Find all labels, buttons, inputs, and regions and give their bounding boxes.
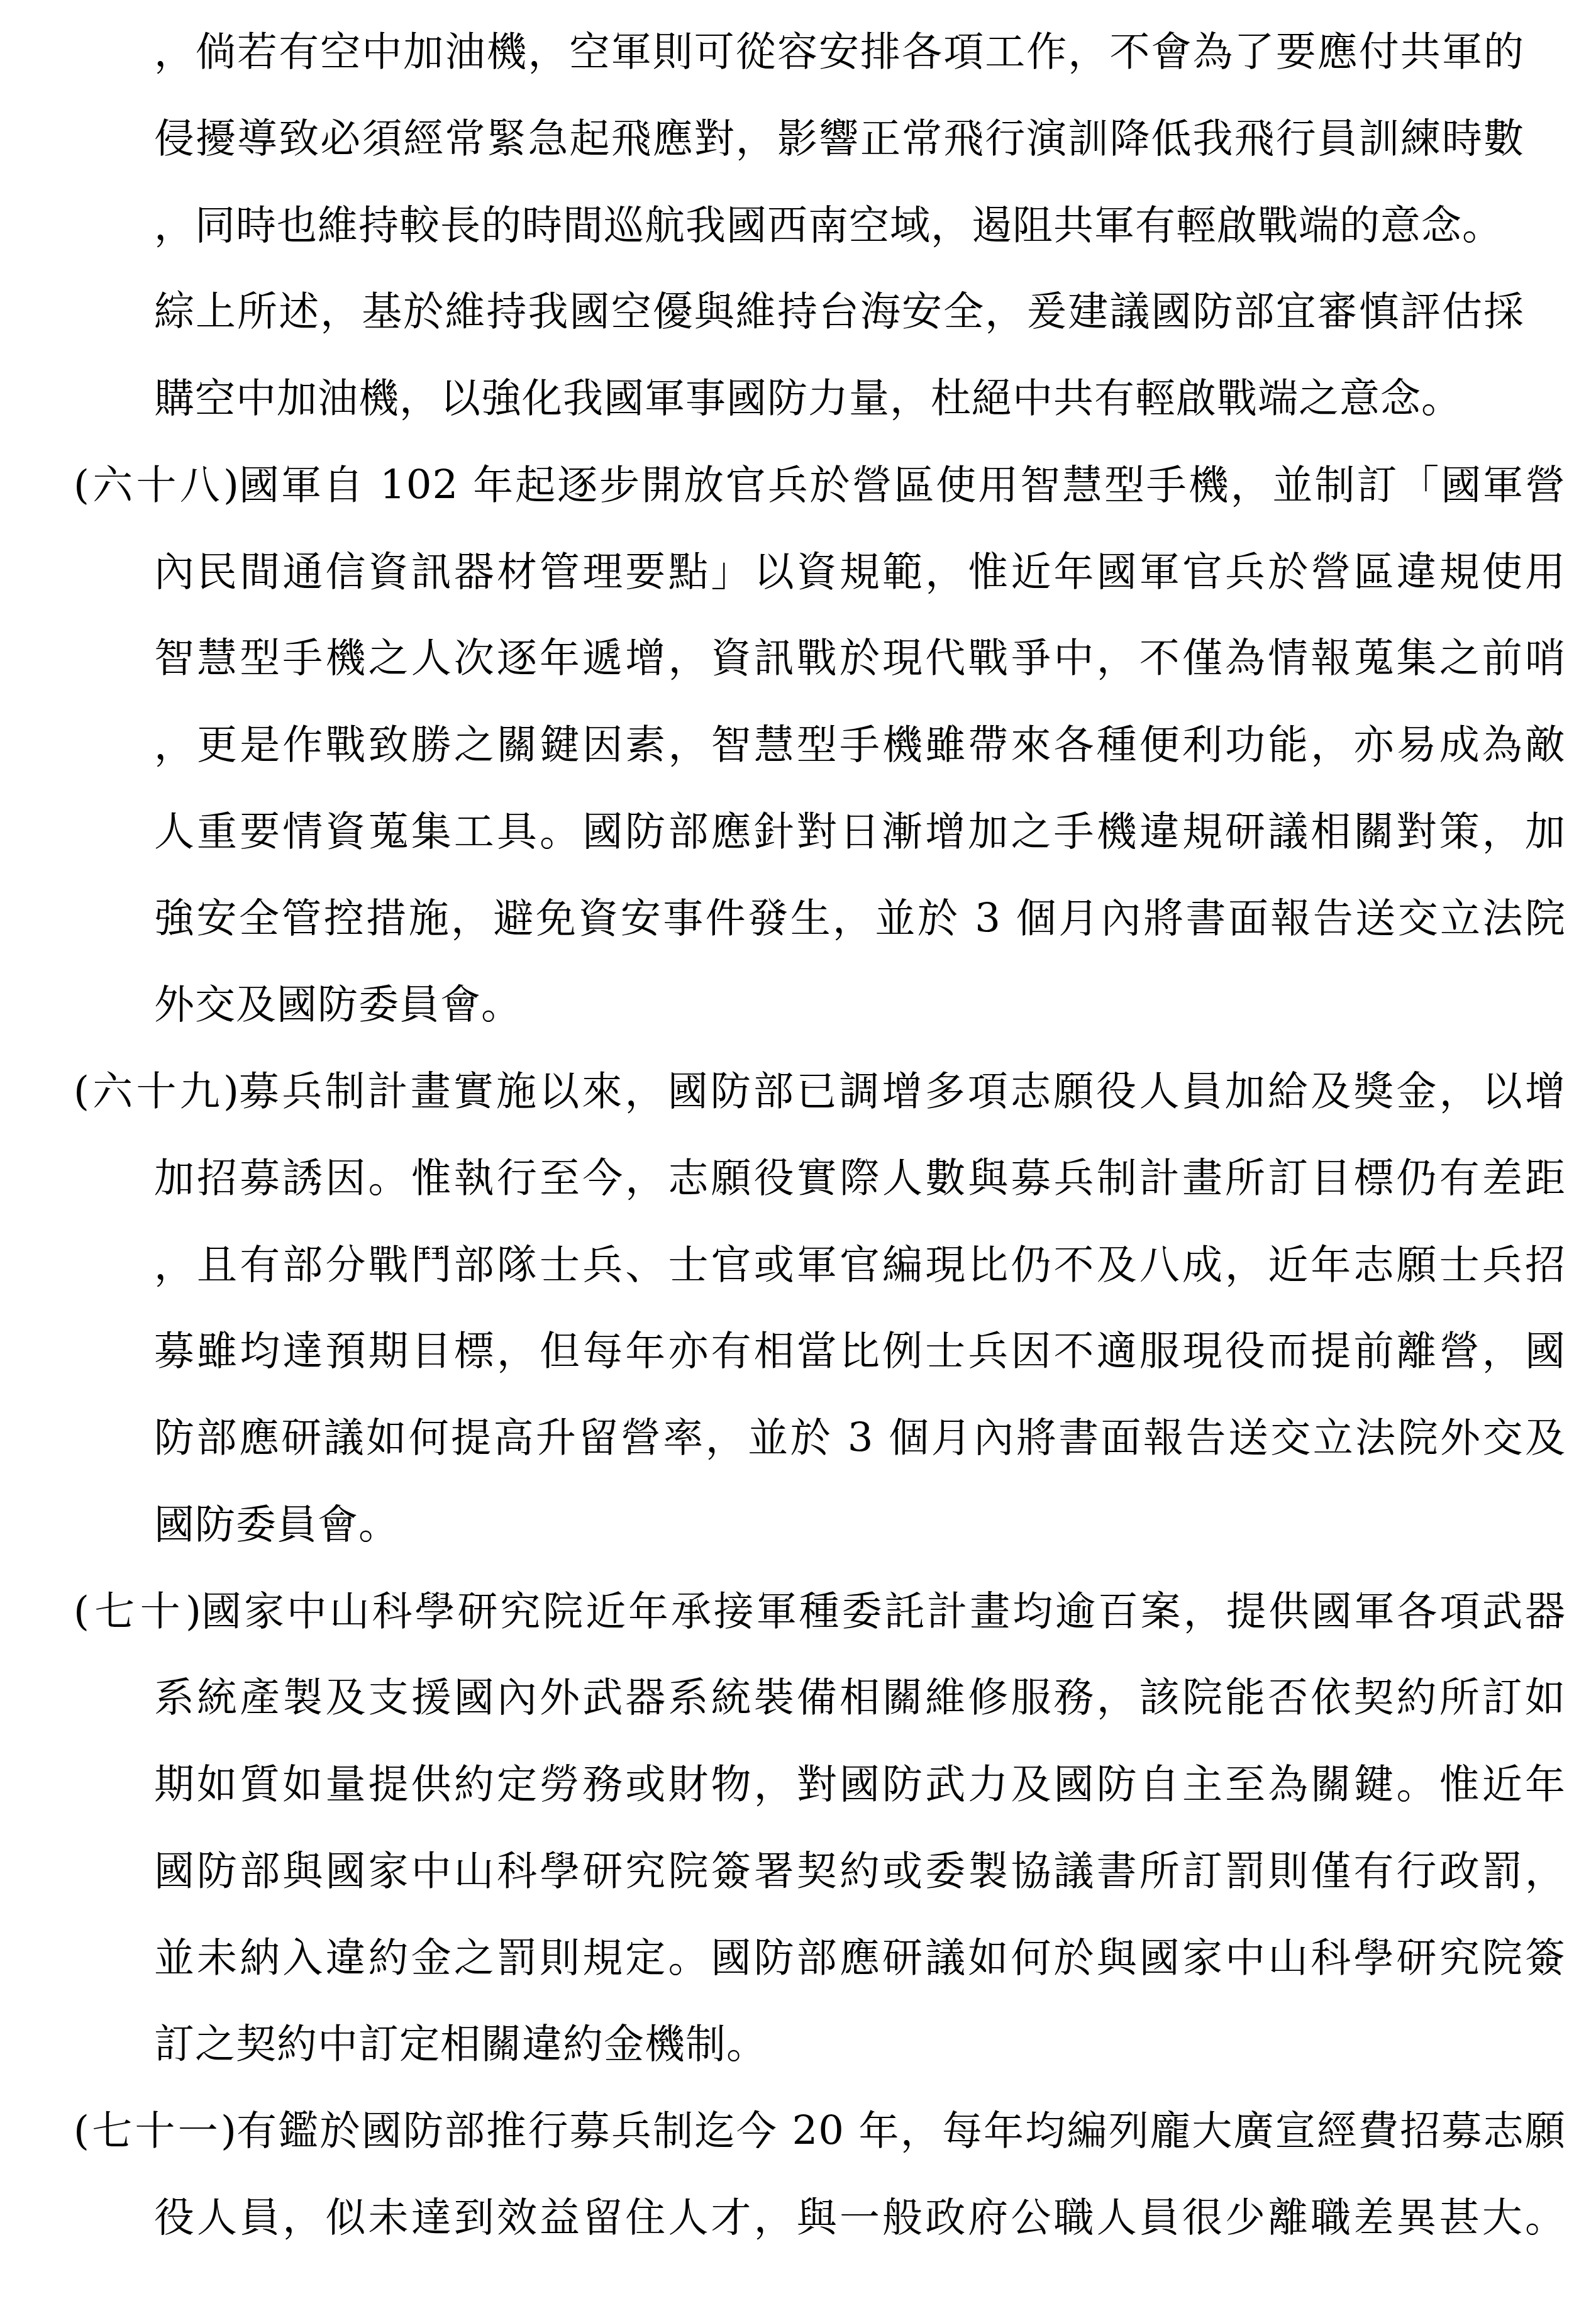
text-line: 系統產製及支援國內外武器系統裝備相關維修服務，該院能否依契約所訂如 [154,1655,1566,1742]
text-line: ，倘若有空中加油機，空軍則可從容安排各項工作，不會為了要應付共軍的 [154,9,1524,96]
line-text: 期如質如量提供約定勞務或財物，對國防武力及國防自主至為關鍵。惟近年 [154,1742,1566,1829]
line-text: 國家中山科學研究院近年承接軍種委託計畫均逾百案，提供國軍各項武器 [201,1569,1566,1656]
line-text: 國防委員會。 [154,1482,1566,1569]
text-line: (六十八)國軍自 102 年起逐步開放官兵於營區使用智慧型手機，並制訂「國軍營 [74,443,1566,530]
text-line: ，同時也維持較長的時間巡航我國西南空域，遏阻共軍有輕啟戰端的意念。 [154,183,1524,270]
line-text: 系統產製及支援國內外武器系統裝備相關維修服務，該院能否依契約所訂如 [154,1655,1566,1742]
line-text: 內民間通信資訊器材管理要點」以資規範，惟近年國軍官兵於營區違規使用 [154,530,1566,616]
text-line: 並未納入違約金之罰則規定。國防部應研議如何於與國家中山科學研究院簽 [154,1916,1566,2002]
document-page: ，倘若有空中加油機，空軍則可從容安排各項工作，不會為了要應付共軍的 侵擾導致必須… [0,9,1596,2262]
text-line: 募雖均達預期目標，但每年亦有相當比例士兵因不適服現役而提前離營，國 [154,1309,1566,1395]
text-line: 購空中加油機，以強化我國軍事國防力量，杜絕中共有輕啟戰端之意念。 [154,356,1524,443]
item-number-label: (七十) [74,1569,201,1656]
text-line: 防部應研議如何提高升留營率，並於 3 個月內將書面報告送交立法院外交及 [154,1395,1566,1482]
item-number-label: (七十一) [74,2088,236,2175]
text-line: 智慧型手機之人次逐年遞增，資訊戰於現代戰爭中，不僅為情報蒐集之前哨 [154,616,1566,702]
line-text: 綜上所述，基於維持我國空優與維持台海安全，爰建議國防部宜審慎評估採 [154,269,1524,356]
text-line: 內民間通信資訊器材管理要點」以資規範，惟近年國軍官兵於營區違規使用 [154,530,1566,616]
resolution-item-69: (六十九)募兵制計畫實施以來，國防部已調增多項志願役人員加給及獎金，以增 加招募… [0,1049,1596,1569]
text-line: 人重要情資蒐集工具。國防部應針對日漸增加之手機違規研議相關對策，加 [154,789,1566,876]
line-text: 智慧型手機之人次逐年遞增，資訊戰於現代戰爭中，不僅為情報蒐集之前哨 [154,616,1566,702]
text-line: 綜上所述，基於維持我國空優與維持台海安全，爰建議國防部宜審慎評估採 [154,269,1524,356]
line-text: ，更是作戰致勝之關鍵因素，智慧型手機雖帶來各種便利功能，亦易成為敵 [154,702,1566,789]
line-text: 國防部與國家中山科學研究院簽署契約或委製協議書所訂罰則僅有行政罰， [154,1829,1566,1916]
line-text: 外交及國防委員會。 [154,962,1566,1049]
text-line: 加招募誘因。惟執行至今，志願役實際人數與募兵制計畫所訂目標仍有差距 [154,1136,1566,1223]
line-text: ，且有部分戰鬥部隊士兵、士官或軍官編現比仍不及八成，近年志願士兵招 [154,1223,1566,1309]
line-text: 防部應研議如何提高升留營率，並於 3 個月內將書面報告送交立法院外交及 [154,1395,1566,1482]
item-number-label: (六十九) [74,1049,239,1136]
resolution-item-71: (七十一)有鑑於國防部推行募兵制迄今 20 年，每年均編列龐大廣宣經費招募志願 … [0,2088,1596,2262]
text-line: 訂之契約中訂定相關違約金機制。 [154,2002,1566,2088]
line-text: 強安全管控措施，避免資安事件發生，並於 3 個月內將書面報告送交立法院 [154,876,1566,963]
line-text: 國軍自 102 年起逐步開放官兵於營區使用智慧型手機，並制訂「國軍營 [239,443,1566,530]
text-line: 侵擾導致必須經常緊急起飛應對，影響正常飛行演訓降低我飛行員訓練時數 [154,96,1524,183]
line-text: ，同時也維持較長的時間巡航我國西南空域，遏阻共軍有輕啟戰端的意念。 [154,183,1524,270]
text-line: 期如質如量提供約定勞務或財物，對國防武力及國防自主至為關鍵。惟近年 [154,1742,1566,1829]
text-line: 國防部與國家中山科學研究院簽署契約或委製協議書所訂罰則僅有行政罰， [154,1829,1566,1916]
line-text: ，倘若有空中加油機，空軍則可從容安排各項工作，不會為了要應付共軍的 [154,9,1524,96]
text-line: 國防委員會。 [154,1482,1566,1569]
line-text: 有鑑於國防部推行募兵制迄今 20 年，每年均編列龐大廣宣經費招募志願 [236,2088,1566,2175]
paragraph-summary: 綜上所述，基於維持我國空優與維持台海安全，爰建議國防部宜審慎評估採 購空中加油機… [0,269,1596,443]
text-line: 外交及國防委員會。 [154,962,1566,1049]
paragraph-continuation: ，倘若有空中加油機，空軍則可從容安排各項工作，不會為了要應付共軍的 侵擾導致必須… [0,9,1596,269]
text-line: ，更是作戰致勝之關鍵因素，智慧型手機雖帶來各種便利功能，亦易成為敵 [154,702,1566,789]
line-text: 並未納入違約金之罰則規定。國防部應研議如何於與國家中山科學研究院簽 [154,1916,1566,2002]
resolution-item-70: (七十)國家中山科學研究院近年承接軍種委託計畫均逾百案，提供國軍各項武器 系統產… [0,1569,1596,2089]
line-text: 加招募誘因。惟執行至今，志願役實際人數與募兵制計畫所訂目標仍有差距 [154,1136,1566,1223]
line-text: 訂之契約中訂定相關違約金機制。 [154,2002,1566,2088]
text-line: (七十)國家中山科學研究院近年承接軍種委託計畫均逾百案，提供國軍各項武器 [74,1569,1566,1656]
line-text: 募雖均達預期目標，但每年亦有相當比例士兵因不適服現役而提前離營，國 [154,1309,1566,1395]
line-text: 役人員，似未達到效益留住人才，與一般政府公職人員很少離職差異甚大。 [154,2175,1566,2262]
text-line: ，且有部分戰鬥部隊士兵、士官或軍官編現比仍不及八成，近年志願士兵招 [154,1223,1566,1309]
line-text: 購空中加油機，以強化我國軍事國防力量，杜絕中共有輕啟戰端之意念。 [154,356,1524,443]
line-text: 人重要情資蒐集工具。國防部應針對日漸增加之手機違規研議相關對策，加 [154,789,1566,876]
resolution-item-68: (六十八)國軍自 102 年起逐步開放官兵於營區使用智慧型手機，並制訂「國軍營 … [0,443,1596,1049]
text-line: (七十一)有鑑於國防部推行募兵制迄今 20 年，每年均編列龐大廣宣經費招募志願 [74,2088,1566,2175]
text-line: 強安全管控措施，避免資安事件發生，並於 3 個月內將書面報告送交立法院 [154,876,1566,963]
line-text: 募兵制計畫實施以來，國防部已調增多項志願役人員加給及獎金，以增 [239,1049,1566,1136]
text-line: (六十九)募兵制計畫實施以來，國防部已調增多項志願役人員加給及獎金，以增 [74,1049,1566,1136]
text-line: 役人員，似未達到效益留住人才，與一般政府公職人員很少離職差異甚大。 [154,2175,1566,2262]
item-number-label: (六十八) [74,443,239,530]
line-text: 侵擾導致必須經常緊急起飛應對，影響正常飛行演訓降低我飛行員訓練時數 [154,96,1524,183]
